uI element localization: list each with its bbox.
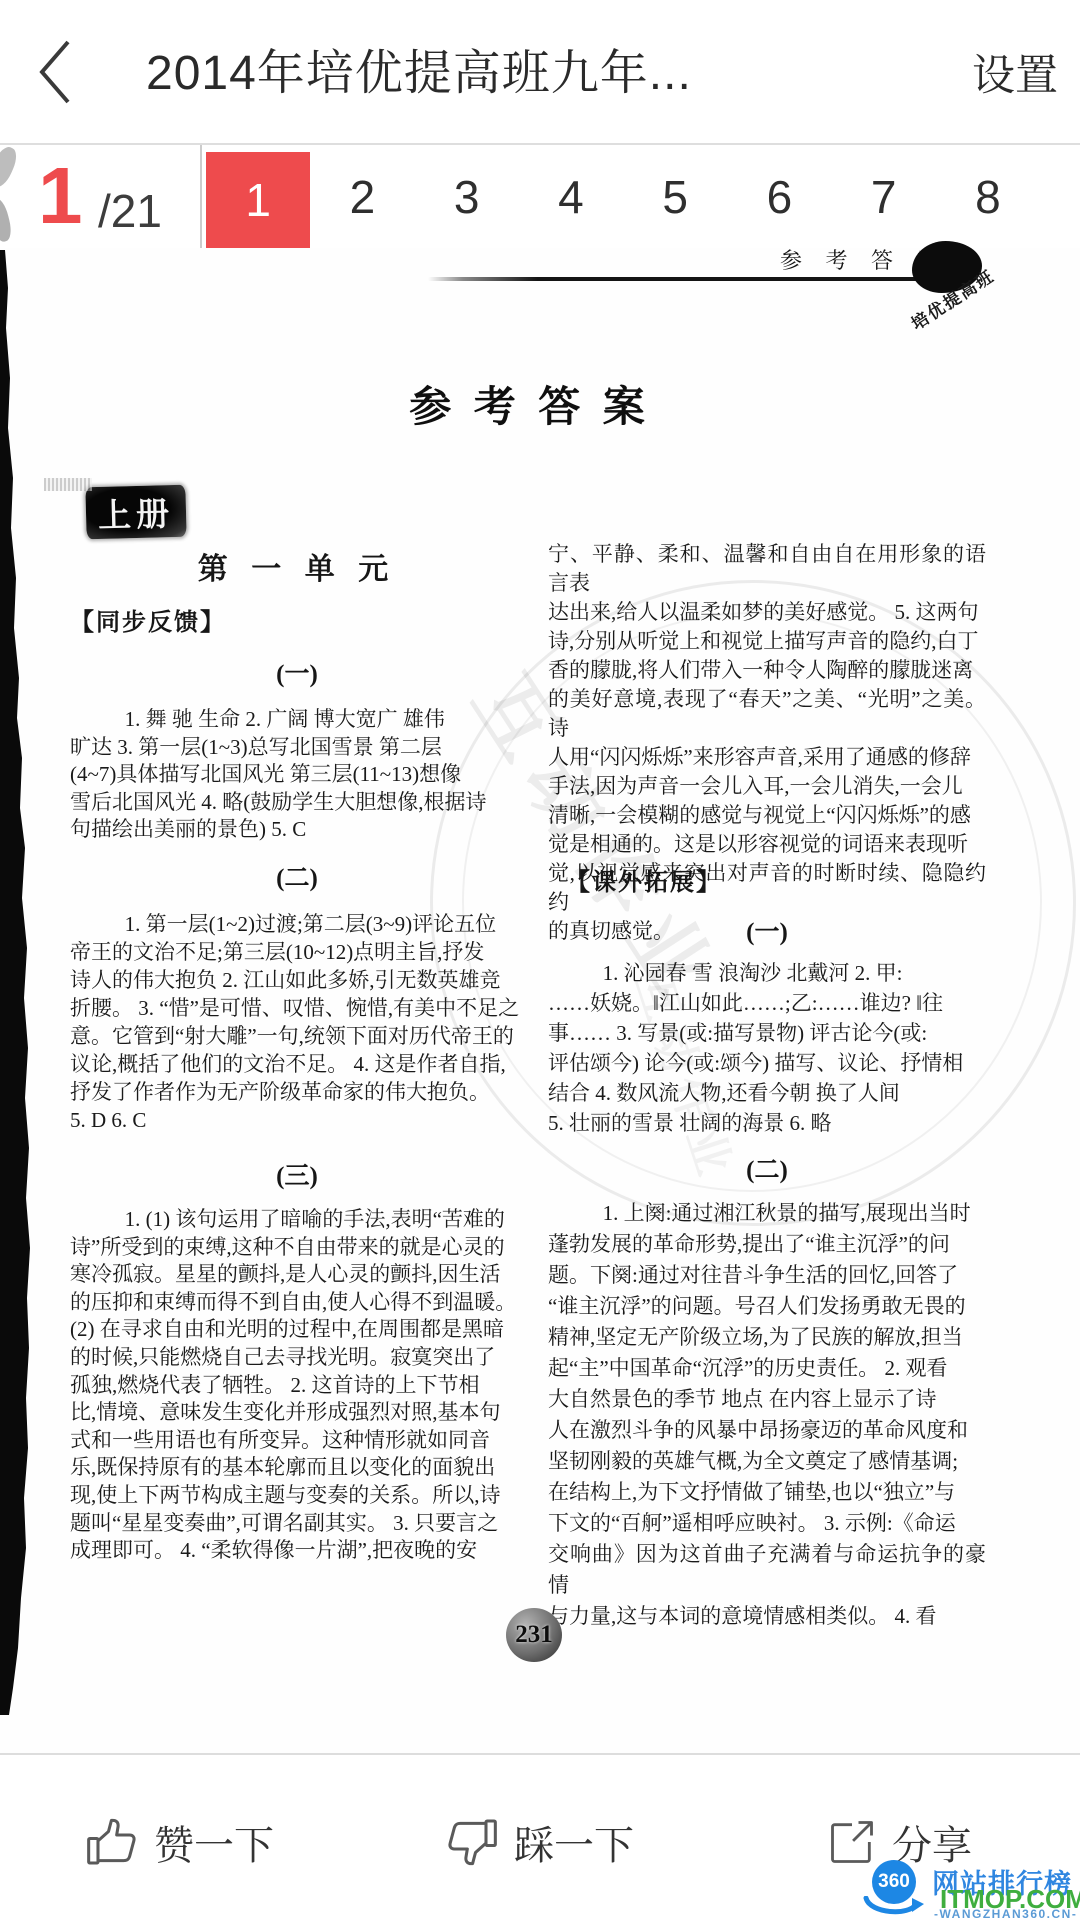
tab-page-3[interactable]: 3 <box>415 145 519 248</box>
site-logo-swoosh-icon <box>862 1896 924 1920</box>
tab-page-1[interactable]: 1 <box>206 152 310 248</box>
back-button[interactable] <box>30 36 80 108</box>
share-icon <box>826 1816 878 1868</box>
pager-total: /21 <box>98 184 162 238</box>
tab-page-4[interactable]: 4 <box>519 145 623 248</box>
volume-badge: 上册 <box>85 485 186 540</box>
site-domain-watermark: -WANGZHAN360.CN- <box>934 1907 1077 1920</box>
answer-paragraph: 1. 上阕:通过湘江秋景的描写,展现出当时 蓬勃发展的革命形势,提出了“谁主沉浮… <box>548 1198 986 1632</box>
like-button[interactable]: 赞一下 <box>84 1806 274 1878</box>
running-head-rule <box>428 277 926 281</box>
answer-paragraph: 1. 沁园春 雪 浪淘沙 北戴河 2. 甲: ……妖娆。‖江山如此……;乙:……… <box>548 958 986 1138</box>
subsection-2: (二) <box>548 1150 986 1186</box>
subsection-3: (三) <box>70 1156 524 1192</box>
dislike-label: 踩一下 <box>514 1814 634 1871</box>
answer-paragraph: 1. (1) 该句运用了暗喻的手法,表明“苦难的 诗”所受到的束缚,这种不自由带… <box>70 1206 524 1565</box>
subsection-1: (一) <box>548 912 986 948</box>
pager-divider <box>200 145 202 248</box>
section-heading-extension: 【课外拓展】 <box>566 862 722 897</box>
answer-paragraph: 1. 第一层(1~2)过渡;第二层(3~9)评论五位 帝王的文治不足;第三层(1… <box>70 910 524 1134</box>
like-label: 赞一下 <box>154 1814 274 1871</box>
subsection-1: (一) <box>70 654 524 690</box>
section-heading-sync: 【同步反馈】 <box>70 602 226 637</box>
page-tabs: 1 2 3 4 5 6 7 8 <box>206 145 1040 248</box>
tab-page-2[interactable]: 2 <box>310 145 414 248</box>
page-title: 2014年培优提高班九年... <box>146 34 692 103</box>
page-number-stamp: 231 <box>506 1608 562 1662</box>
tab-page-7[interactable]: 7 <box>832 145 936 248</box>
settings-button[interactable]: 设置 <box>972 42 1058 103</box>
top-bar: 2014年培优提高班九年... 设置 <box>0 0 1080 145</box>
subsection-2: (二) <box>70 858 524 894</box>
document-title: 参 考 答 案 <box>280 374 780 434</box>
answer-paragraph: 1. 舞 驰 生命 2. 广阔 博大宽广 雄伟 旷达 3. 第一层(1~3)总写… <box>70 706 524 844</box>
scan-smudge <box>44 478 92 491</box>
tab-page-5[interactable]: 5 <box>623 145 727 248</box>
scanned-page[interactable]: 互动作业 互动作业 参 考 答 案 培优提高班 参 考 答 案 上册 第 一 单… <box>0 248 1080 1753</box>
thumbs-up-icon <box>84 1814 140 1870</box>
thumbs-down-icon <box>444 1814 500 1870</box>
chevron-left-icon <box>30 36 80 108</box>
tab-page-6[interactable]: 6 <box>727 145 831 248</box>
app-screen: 2014年培优提高班九年... 设置 1 /21 1 2 3 4 5 6 7 8… <box>0 0 1080 1920</box>
pager-current: 1 <box>38 150 83 242</box>
book-edge-shadow <box>0 248 38 1718</box>
dislike-button[interactable]: 踩一下 <box>444 1806 634 1878</box>
unit-heading: 第 一 单 元 <box>70 544 524 588</box>
tab-page-8[interactable]: 8 <box>936 145 1040 248</box>
